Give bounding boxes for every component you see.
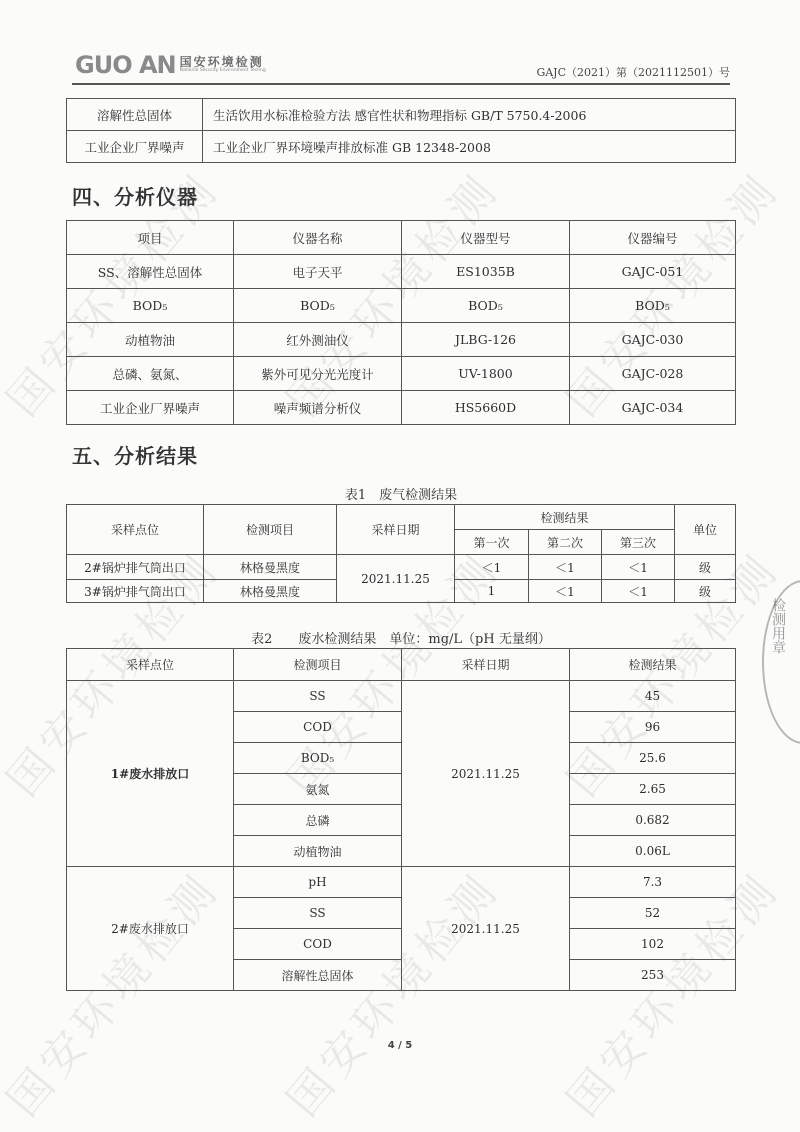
header-run-3: 第三次 xyxy=(602,530,675,555)
cell: 电子天平 xyxy=(234,255,402,289)
cell-unit: 级 xyxy=(675,555,736,580)
table-row: SS、溶解性总固体 电子天平 ES1035B GAJC-051 xyxy=(67,255,736,289)
company-logo: GUO AN 国安环境检测 National Security Environm… xyxy=(75,54,266,76)
cell-run-1: 1 xyxy=(455,580,529,603)
logo-mark: GUO AN xyxy=(75,54,176,76)
header-site: 采样点位 xyxy=(67,505,204,555)
exhaust-gas-table: 采样点位 检测项目 采样日期 检测结果 单位 第一次 第二次 第三次 2#锅炉排… xyxy=(66,504,736,603)
cell-result: 2.65 xyxy=(570,774,736,805)
table-header-row: 采样点位 检测项目 采样日期 检测结果 xyxy=(67,649,736,681)
cell-result: 0.06L xyxy=(570,836,736,867)
cell-result: 102 xyxy=(570,929,736,960)
table1-caption: 表1 废气检测结果 xyxy=(66,484,736,503)
cell-item: 林格曼黑度 xyxy=(204,580,337,603)
header-run-1: 第一次 xyxy=(455,530,529,555)
cell: SS、溶解性总固体 xyxy=(67,255,234,289)
cell: 红外测油仪 xyxy=(234,323,402,357)
cell: 紫外可见分光光度计 xyxy=(234,357,402,391)
cell: HS5660D xyxy=(402,391,570,425)
standards-table: 溶解性总固体 生活饮用水标准检验方法 感官性状和物理指标 GB/T 5750.4… xyxy=(66,98,736,163)
cell: GAJC-034 xyxy=(570,391,736,425)
header-cell: 仪器名称 xyxy=(234,221,402,255)
cell-date: 2021.11.25 xyxy=(337,555,455,603)
cell: ES1035B xyxy=(402,255,570,289)
stamp-text: 检测用章 xyxy=(768,598,788,654)
cell-standard: 工业企业厂界环境噪声排放标准 GB 12348-2008 xyxy=(203,131,736,163)
cell-date: 2021.11.25 xyxy=(402,867,570,991)
cell-item: 溶解性总固体 xyxy=(67,99,203,131)
cell-item: pH xyxy=(234,867,402,898)
cell-item: COD xyxy=(234,712,402,743)
section-title-results: 五、分析结果 xyxy=(72,440,198,469)
header-results: 检测结果 xyxy=(455,505,675,530)
table-row: 工业企业厂界噪声 工业企业厂界环境噪声排放标准 GB 12348-2008 xyxy=(67,131,736,163)
cell-item: 动植物油 xyxy=(234,836,402,867)
header-cell: 检测结果 xyxy=(570,649,736,681)
instruments-table: 项目 仪器名称 仪器型号 仪器编号 SS、溶解性总固体 电子天平 ES1035B… xyxy=(66,220,736,425)
header-cell: 项目 xyxy=(67,221,234,255)
cell-item: 总磷 xyxy=(234,805,402,836)
cell: BOD₅ xyxy=(234,289,402,323)
cell: 动植物油 xyxy=(67,323,234,357)
cell: UV-1800 xyxy=(402,357,570,391)
logo-text: 国安环境检测 National Security Environment Tes… xyxy=(180,56,266,74)
cell-run-1: ＜1 xyxy=(455,555,529,580)
cell-site: 2#锅炉排气筒出口 xyxy=(67,555,204,580)
section-title-instruments: 四、分析仪器 xyxy=(72,181,198,210)
cell: GAJC-028 xyxy=(570,357,736,391)
cell: BOD₅ xyxy=(402,289,570,323)
cell: GAJC-030 xyxy=(570,323,736,357)
page-number: 4 / 5 xyxy=(0,1040,800,1051)
table-header-row: 采样点位 检测项目 采样日期 检测结果 单位 xyxy=(67,505,736,530)
table-row: 1#废水排放口 SS 2021.11.25 45 xyxy=(67,681,736,712)
cell-result: 96 xyxy=(570,712,736,743)
cell-item: 林格曼黑度 xyxy=(204,555,337,580)
cell: 噪声频谱分析仪 xyxy=(234,391,402,425)
cell-item: BOD₅ xyxy=(234,743,402,774)
cell-result: 253 xyxy=(570,960,736,991)
cell-date: 2021.11.25 xyxy=(402,681,570,867)
table-row: 工业企业厂界噪声 噪声频谱分析仪 HS5660D GAJC-034 xyxy=(67,391,736,425)
header-run-2: 第二次 xyxy=(529,530,602,555)
cell-item: 工业企业厂界噪声 xyxy=(67,131,203,163)
cell: JLBG-126 xyxy=(402,323,570,357)
header-cell: 采样点位 xyxy=(67,649,234,681)
cell-item: 溶解性总固体 xyxy=(234,960,402,991)
header-item: 检测项目 xyxy=(204,505,337,555)
cell-run-3: ＜1 xyxy=(602,555,675,580)
cell-result: 25.6 xyxy=(570,743,736,774)
table-header-row: 项目 仪器名称 仪器型号 仪器编号 xyxy=(67,221,736,255)
cell: GAJC-051 xyxy=(570,255,736,289)
logo-cn: 国安环境检测 xyxy=(180,56,266,68)
cell-result: 7.3 xyxy=(570,867,736,898)
cell-result: 45 xyxy=(570,681,736,712)
table-row: 动植物油 红外测油仪 JLBG-126 GAJC-030 xyxy=(67,323,736,357)
header-date: 采样日期 xyxy=(337,505,455,555)
cell-result: 0.682 xyxy=(570,805,736,836)
cell-item: SS xyxy=(234,898,402,929)
header-cell: 仪器编号 xyxy=(570,221,736,255)
header-cell: 采样日期 xyxy=(402,649,570,681)
cell: 工业企业厂界噪声 xyxy=(67,391,234,425)
cell-item: SS xyxy=(234,681,402,712)
wastewater-table: 采样点位 检测项目 采样日期 检测结果 1#废水排放口 SS 2021.11.2… xyxy=(66,648,736,991)
table2-caption: 表2 废水检测结果 单位：mg/L（pH 无量纲） xyxy=(66,628,736,647)
header-cell: 仪器型号 xyxy=(402,221,570,255)
cell: 总磷、氨氮、 xyxy=(67,357,234,391)
header-divider xyxy=(72,83,730,85)
table-row: 2#锅炉排气筒出口 林格曼黑度 2021.11.25 ＜1 ＜1 ＜1 级 xyxy=(67,555,736,580)
header-unit: 单位 xyxy=(675,505,736,555)
table-row: 总磷、氨氮、 紫外可见分光光度计 UV-1800 GAJC-028 xyxy=(67,357,736,391)
table-row: BOD₅ BOD₅ BOD₅ BOD₅ xyxy=(67,289,736,323)
header-cell: 检测项目 xyxy=(234,649,402,681)
cell-unit: 级 xyxy=(675,580,736,603)
table-row: 2#废水排放口 pH 2021.11.25 7.3 xyxy=(67,867,736,898)
cell-site: 3#锅炉排气筒出口 xyxy=(67,580,204,603)
document-number: GAJC（2021）第（2021112501）号 xyxy=(536,64,730,80)
cell-standard: 生活饮用水标准检验方法 感官性状和物理指标 GB/T 5750.4-2006 xyxy=(203,99,736,131)
cell: BOD₅ xyxy=(570,289,736,323)
cell-result: 52 xyxy=(570,898,736,929)
cell-run-3: ＜1 xyxy=(602,580,675,603)
cell: BOD₅ xyxy=(67,289,234,323)
table-row: 溶解性总固体 生活饮用水标准检验方法 感官性状和物理指标 GB/T 5750.4… xyxy=(67,99,736,131)
cell-site: 1#废水排放口 xyxy=(67,681,234,867)
cell-run-2: ＜1 xyxy=(529,555,602,580)
cell-run-2: ＜1 xyxy=(529,580,602,603)
logo-en: National Security Environment Testing xyxy=(180,69,266,74)
cell-site: 2#废水排放口 xyxy=(67,867,234,991)
cell-item: COD xyxy=(234,929,402,960)
cell-item: 氨氮 xyxy=(234,774,402,805)
